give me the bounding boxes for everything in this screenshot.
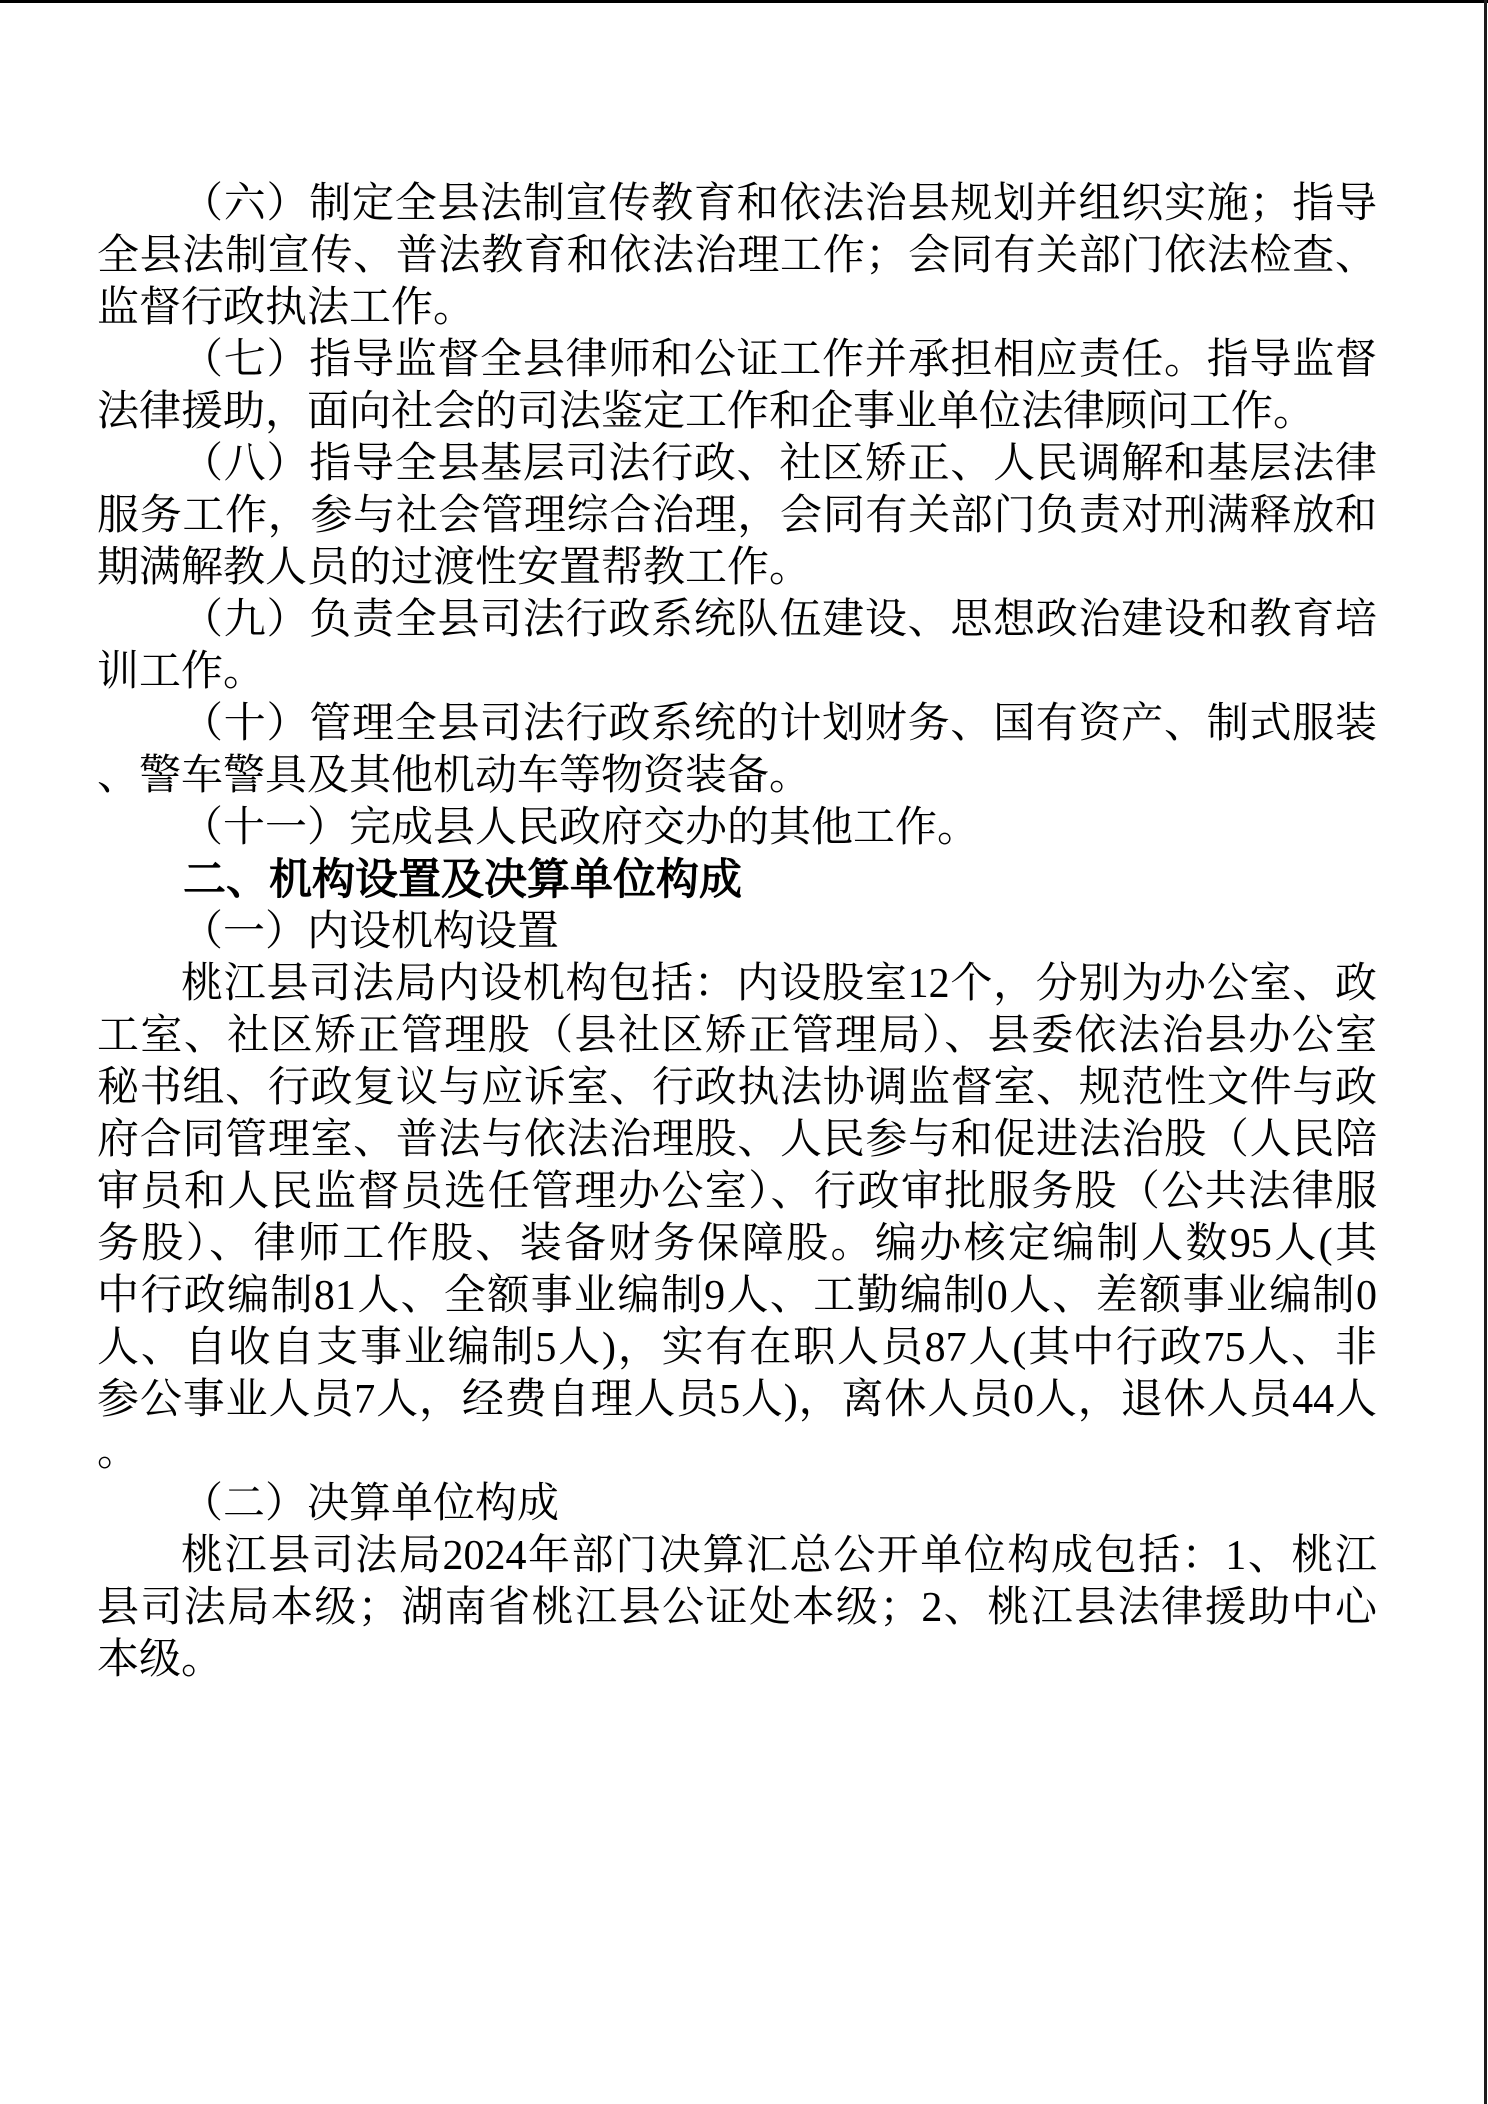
paragraph-section-2-heading: 二、机构设置及决算单位构成	[97, 854, 1377, 906]
text-line: 。	[97, 1426, 1377, 1478]
paragraph-budget-units-paragraph: 桃江县司法局2024年部门决算汇总公开单位构成包括：1、桃江县司法局本级；湖南省…	[97, 1530, 1377, 1686]
text-line: 训工作。	[97, 646, 1377, 698]
text-line: 府合同管理室、普法与依法治理股、人民参与和促进法治股（人民陪	[97, 1114, 1377, 1166]
paragraph-item-9: （九）负责全县司法行政系统队伍建设、思想政治建设和教育培训工作。	[97, 594, 1377, 698]
paragraph-item-6: （六）制定全县法制宣传教育和依法治县规划并组织实施；指导全县法制宣传、普法教育和…	[97, 178, 1377, 334]
text-line: 人、自收自支事业编制5人)，实有在职人员87人(其中行政75人、非	[97, 1322, 1377, 1374]
paragraph-item-11: （十一）完成县人民政府交办的其他工作。	[97, 802, 1377, 854]
text-line: （六）制定全县法制宣传教育和依法治县规划并组织实施；指导	[97, 178, 1377, 230]
text-line: 二、机构设置及决算单位构成	[97, 854, 1377, 906]
text-line: 中行政编制81人、全额事业编制9人、工勤编制0人、差额事业编制0	[97, 1270, 1377, 1322]
text-line: 秘书组、行政复议与应诉室、行政执法协调监督室、规范性文件与政	[97, 1062, 1377, 1114]
text-line: 县司法局本级；湖南省桃江县公证处本级；2、桃江县法律援助中心	[97, 1582, 1377, 1634]
text-line: 法律援助，面向社会的司法鉴定工作和企事业单位法律顾问工作。	[97, 386, 1377, 438]
paragraph-item-10: （十）管理全县司法行政系统的计划财务、国有资产、制式服装、警车警具及其他机动车等…	[97, 698, 1377, 802]
text-line: （二）决算单位构成	[97, 1478, 1377, 1530]
text-line: 全县法制宣传、普法教育和依法治理工作；会同有关部门依法检查、	[97, 230, 1377, 282]
text-line: 参公事业人员7人，经费自理人员5人)，离休人员0人，退休人员44人	[97, 1374, 1377, 1426]
text-line: 审员和人民监督员选任管理办公室）、行政审批服务股（公共法律服	[97, 1166, 1377, 1218]
paragraph-internal-org-paragraph: 桃江县司法局内设机构包括：内设股室12个，分别为办公室、政工室、社区矫正管理股（…	[97, 958, 1377, 1478]
text-line: 服务工作，参与社会管理综合治理，会同有关部门负责对刑满释放和	[97, 490, 1377, 542]
paragraph-item-7: （七）指导监督全县律师和公证工作并承担相应责任。指导监督法律援助，面向社会的司法…	[97, 334, 1377, 438]
text-line: 工室、社区矫正管理股（县社区矫正管理局）、县委依法治县办公室	[97, 1010, 1377, 1062]
text-line: 桃江县司法局内设机构包括：内设股室12个，分别为办公室、政	[97, 958, 1377, 1010]
text-line: 监督行政执法工作。	[97, 282, 1377, 334]
paragraph-item-8: （八）指导全县基层司法行政、社区矫正、人民调解和基层法律服务工作，参与社会管理综…	[97, 438, 1377, 594]
text-line: （一）内设机构设置	[97, 906, 1377, 958]
text-line: 、警车警具及其他机动车等物资装备。	[97, 750, 1377, 802]
text-line: （九）负责全县司法行政系统队伍建设、思想政治建设和教育培	[97, 594, 1377, 646]
text-line: 本级。	[97, 1634, 1377, 1686]
page: { "page": { "background_color": "#ffffff…	[0, 0, 1488, 2104]
text-line: 务股）、律师工作股、装备财务保障股。编办核定编制人数95人(其	[97, 1218, 1377, 1270]
text-line: （七）指导监督全县律师和公证工作并承担相应责任。指导监督	[97, 334, 1377, 386]
paragraph-subsection-2-heading: （二）决算单位构成	[97, 1478, 1377, 1530]
text-line: 期满解教人员的过渡性安置帮教工作。	[97, 542, 1377, 594]
paragraph-subsection-1-heading: （一）内设机构设置	[97, 906, 1377, 958]
page-border-right	[1484, 0, 1487, 2104]
text-line: （十）管理全县司法行政系统的计划财务、国有资产、制式服装	[97, 698, 1377, 750]
page-border-top	[0, 0, 1488, 3]
text-line: 桃江县司法局2024年部门决算汇总公开单位构成包括：1、桃江	[97, 1530, 1377, 1582]
text-line: （十一）完成县人民政府交办的其他工作。	[97, 802, 1377, 854]
document-body: （六）制定全县法制宣传教育和依法治县规划并组织实施；指导全县法制宣传、普法教育和…	[97, 178, 1377, 1686]
text-line: （八）指导全县基层司法行政、社区矫正、人民调解和基层法律	[97, 438, 1377, 490]
